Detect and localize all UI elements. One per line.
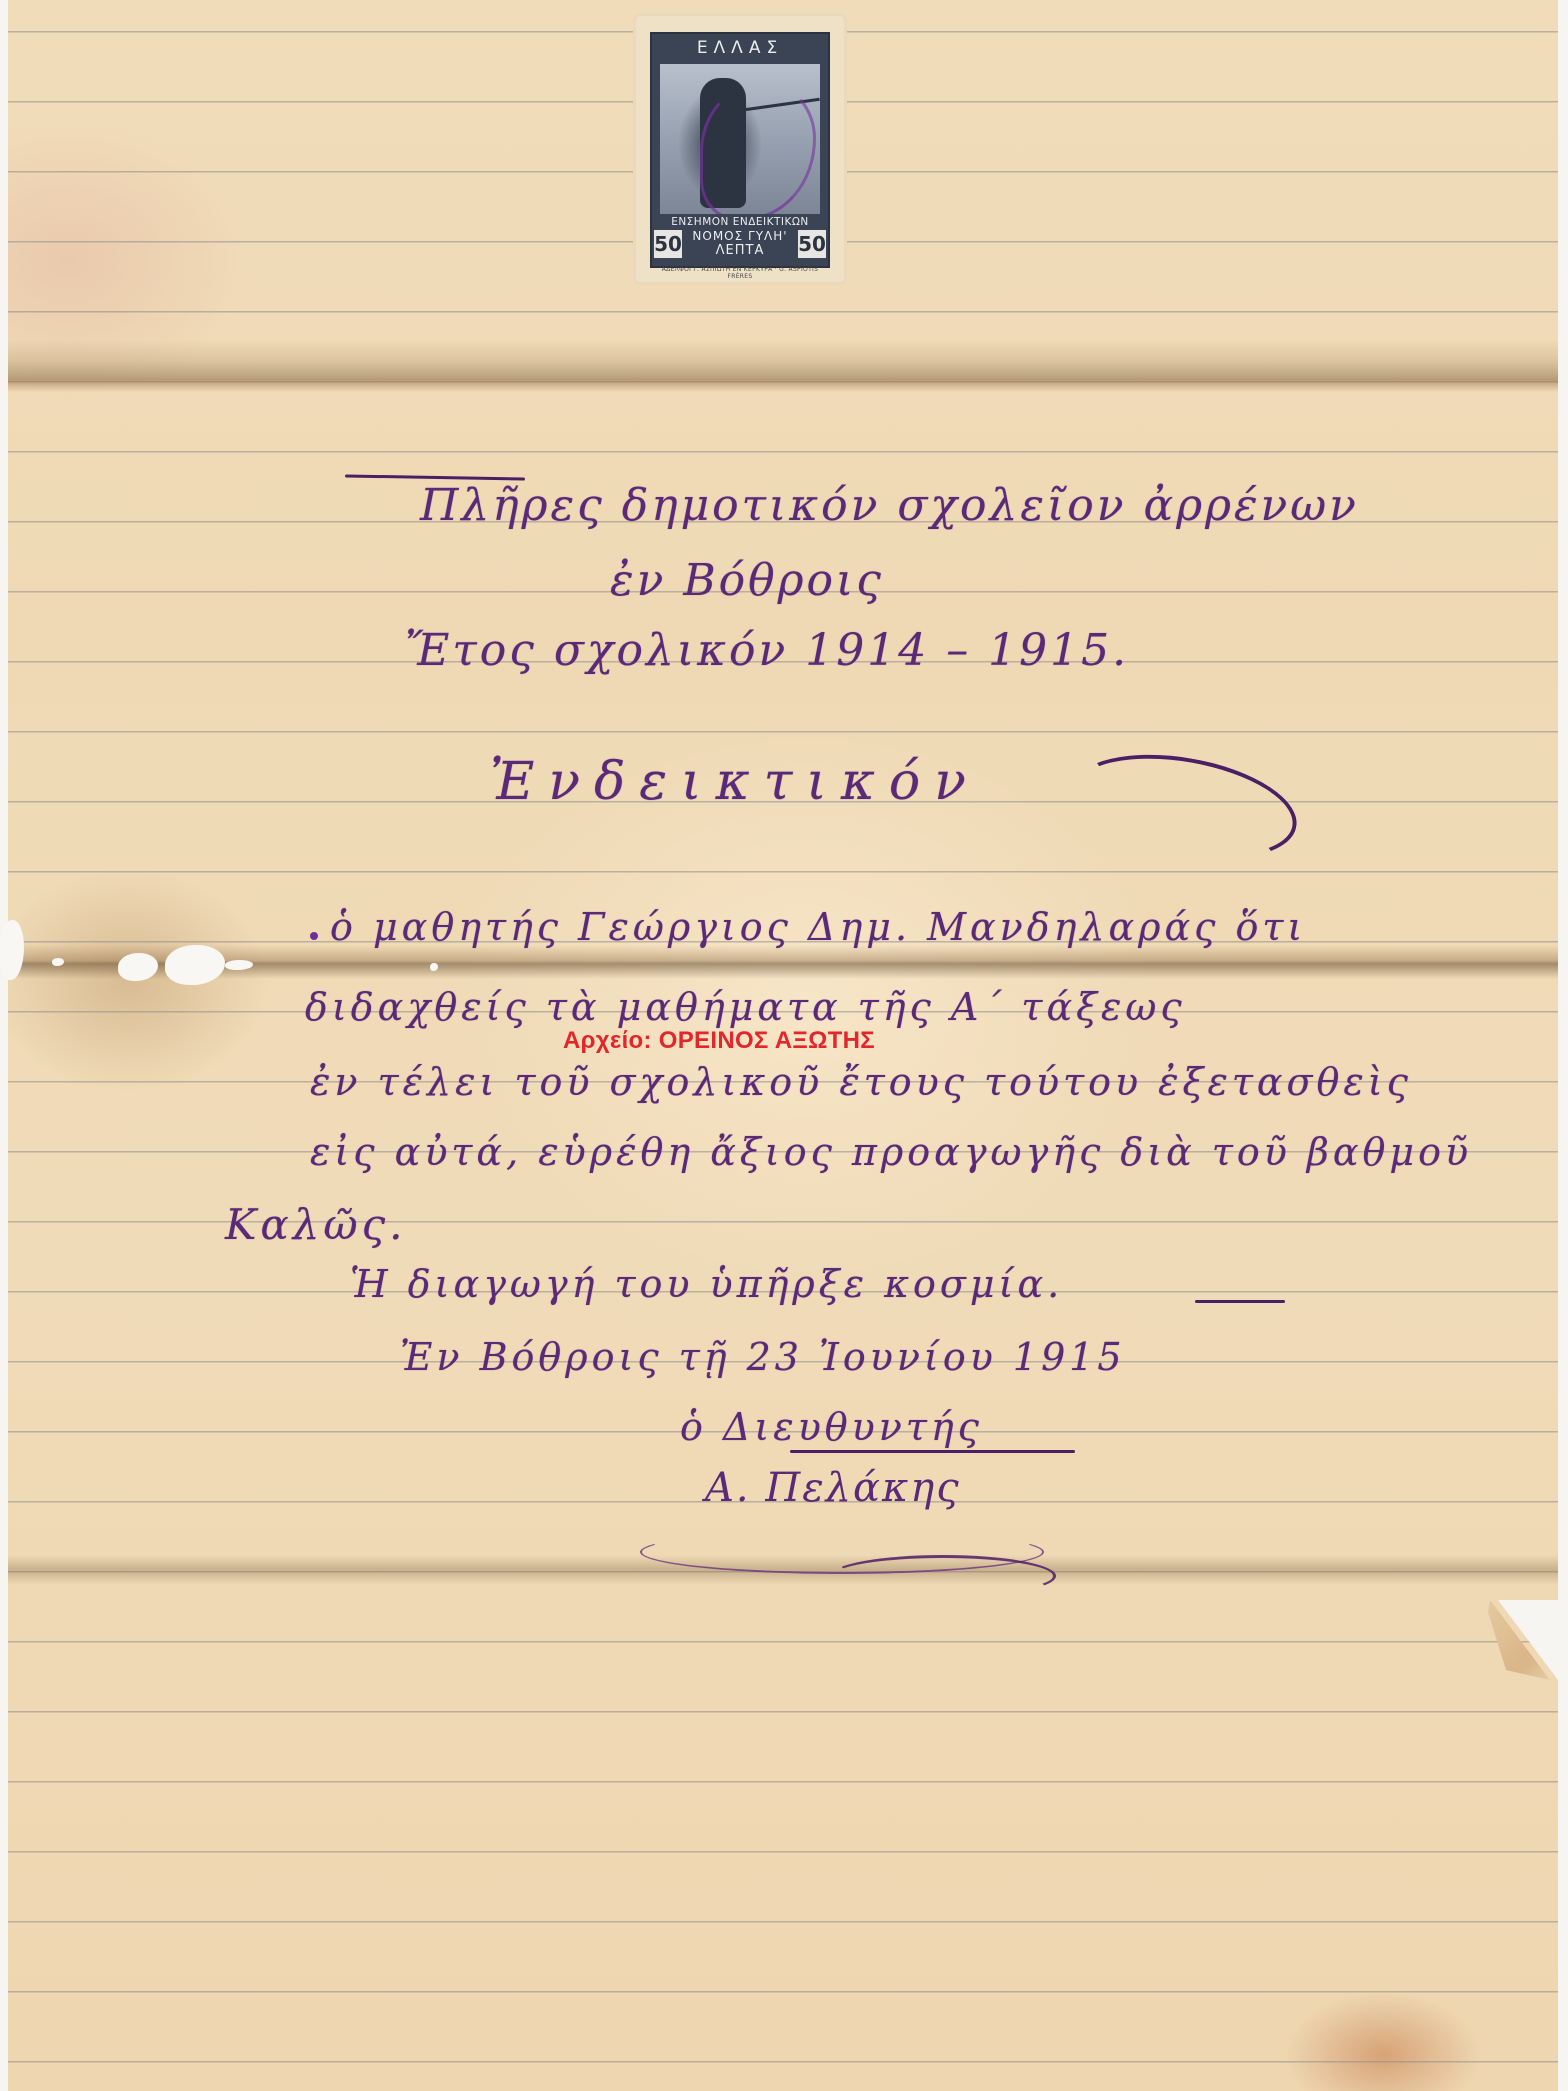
stamp-line1: ΕΝΣΗΜΟΝ ΕΝΔΕΙΚΤΙΚΩΝ [652, 216, 828, 228]
body-line-2: διδαχθείς τὰ μαθήματα τῆς Α΄ τάξεως [305, 985, 1186, 1029]
stamp-printer: ΑΔΕΛΦΟΙ Γ. ΑΣΠΙΩΤΗ ΕΝ ΚΕΡΚΥΡΑ · G. ASPIO… [652, 266, 828, 280]
stamp-frame: ΕΛΛΑΣ ΕΝΣΗΜΟΝ ΕΝΔΕΙΚΤΙΚΩΝ ΝΟΜΟΣ ΓΥΛΗ' ΛΕ… [650, 32, 830, 268]
body-line-4: εἰς αὐτά, εὑρέθη ἄξιος προαγωγῆς διὰ τοῦ… [310, 1130, 1472, 1174]
revenue-stamp: ΕΛΛΑΣ ΕΝΣΗΜΟΝ ΕΝΔΕΙΚΤΙΚΩΝ ΝΟΜΟΣ ΓΥΛΗ' ΛΕ… [636, 16, 844, 282]
place-date: Ἐν Βόθροις τῇ 23 Ἰουνίου 1915 [400, 1335, 1126, 1379]
conduct-underline [1195, 1300, 1285, 1303]
signature-line [790, 1450, 1075, 1453]
ink-dot [310, 932, 318, 940]
school-year: Ἔτος σχολικόν 1914 – 1915. [405, 625, 1129, 676]
stamp-cancellation-mark [700, 84, 816, 214]
school-location: ἐν Βόθροις [610, 555, 884, 606]
director-title: ὁ Διευθυντής [680, 1405, 983, 1449]
document-title: Ἐνδεικτικόν [490, 752, 980, 812]
fold-crease-top [8, 340, 1558, 392]
stamp-value-right: 50 [798, 230, 826, 258]
body-line-1: ὁ μαθητής Γεώργιος Δημ. Μανδηλαράς ὅτι [330, 905, 1306, 949]
director-signature: Α. Πελάκης [705, 1465, 961, 1511]
signature-flourish-2 [830, 1555, 1056, 1597]
stamp-value-left: 50 [654, 230, 682, 258]
stamp-country: ΕΛΛΑΣ [652, 38, 828, 58]
body-line-5: Καλῶς. [225, 1200, 406, 1249]
body-line-3: ἐν τέλει τοῦ σχολικοῦ ἔτους τούτου ἐξετα… [310, 1060, 1412, 1104]
conduct-line: Ἡ διαγωγή του ὑπῆρξε κοσμία. [350, 1262, 1063, 1306]
school-name: Πλῆρες δημοτικόν σχολεῖον ἀρρένων [420, 480, 1359, 531]
archive-watermark: Αρχείο: ΟΡΕΙΝΟΣ ΑΞΩΤΗΣ [563, 1027, 875, 1055]
stamp-illustration-icon [660, 64, 820, 214]
